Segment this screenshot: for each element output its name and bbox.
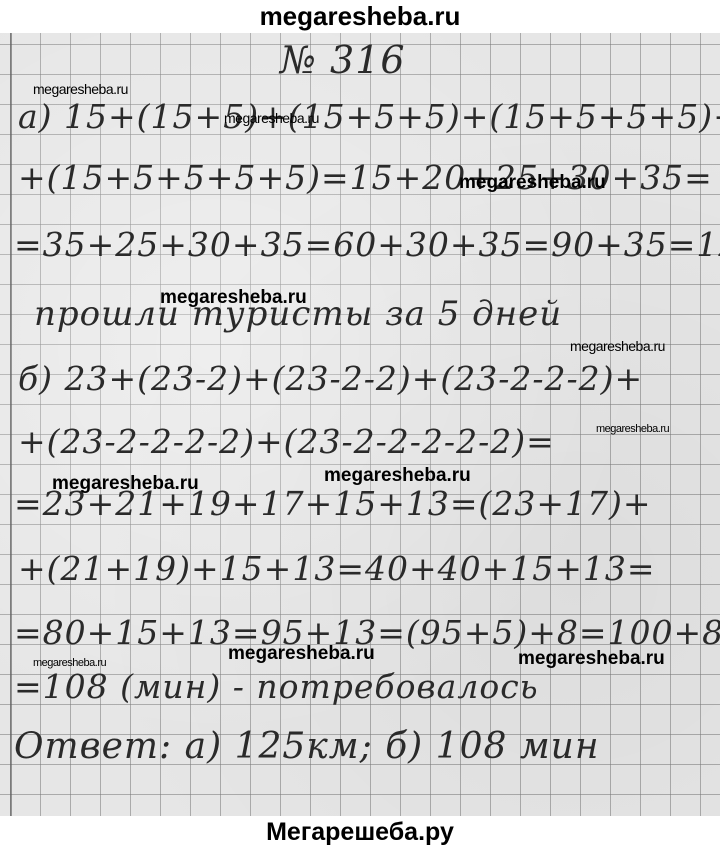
solution-line-a-3: =35+25+30+35=60+30+35=90+35=125(км) [14, 225, 720, 264]
watermark: megaresheba.ru [33, 657, 106, 669]
watermark: megaresheba.ru [459, 172, 606, 194]
page-margin-line [10, 33, 12, 816]
watermark: megaresheba.ru [228, 643, 375, 665]
watermark: megaresheba.ru [324, 465, 471, 487]
solution-line-a-2: +(15+5+5+5+5)=15+20+25+30+35= [18, 158, 713, 197]
watermark: megaresheba.ru [33, 81, 128, 97]
watermark: megaresheba.ru [52, 473, 199, 495]
watermark: megaresheba.ru [224, 110, 319, 126]
solution-line-b-4: +(21+19)+15+13=40+40+15+13= [18, 549, 656, 588]
problem-number: № 316 [280, 38, 406, 82]
site-header-banner: megaresheba.ru [0, 0, 720, 33]
solution-line-b-1: б) 23+(23-2)+(23-2-2)+(23-2-2-2)+ [18, 359, 643, 398]
site-footer-banner: Мегарешеба.ру [0, 816, 720, 849]
solution-line-b-2: +(23-2-2-2-2)+(23-2-2-2-2-2)= [18, 422, 555, 461]
watermark: megaresheba.ru [160, 287, 307, 309]
watermark: megaresheba.ru [596, 423, 669, 435]
solution-line-a-1: а) 15+(15+5)+(15+5+5)+(15+5+5+5)+ [18, 97, 720, 136]
solution-line-b-conclusion: =108 (мин) - потребовалось [14, 667, 539, 706]
watermark: megaresheba.ru [518, 648, 665, 670]
answer-line: Ответ: а) 125км; б) 108 мин [14, 726, 600, 767]
watermark: megaresheba.ru [570, 338, 665, 354]
